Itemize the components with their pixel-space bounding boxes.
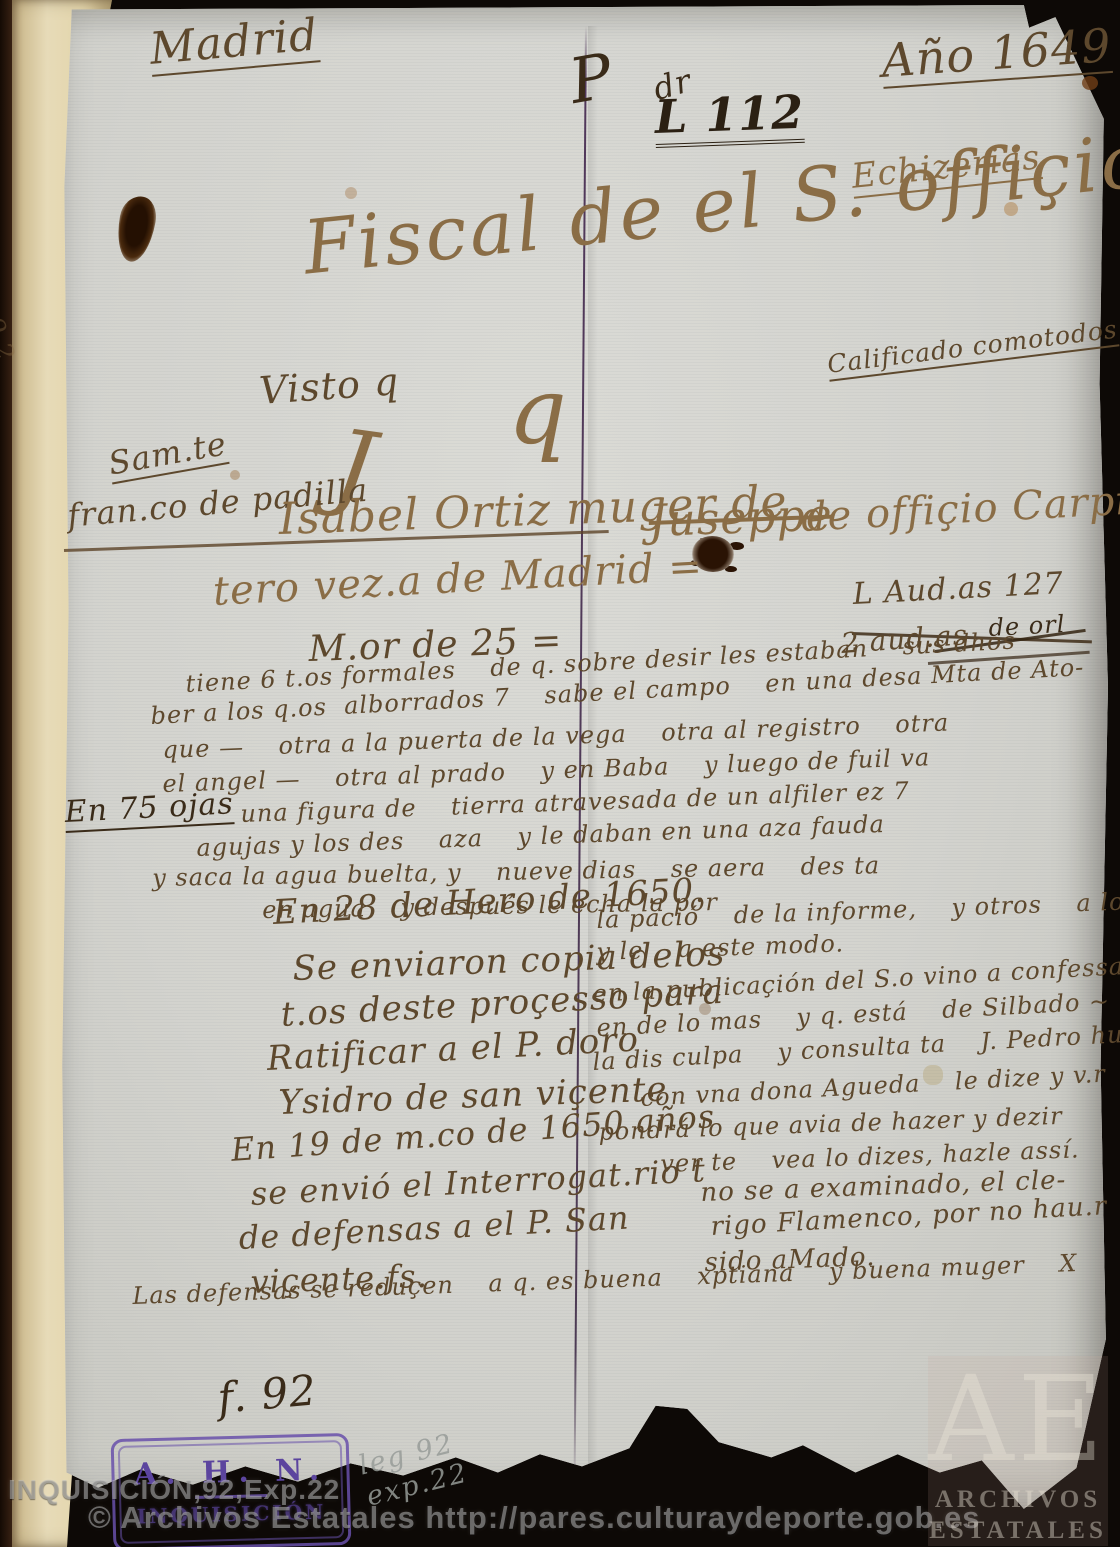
logo-words: ARCHIVOS ESTATALES (928, 1484, 1108, 1547)
stain-spot (1082, 76, 1098, 90)
foxing-spots (0, 0, 6, 6)
note-visto: Visto q (258, 362, 400, 410)
archivos-estatales-logo: AE ARCHIVOS ESTATALES (928, 1356, 1108, 1546)
note-flourish-q: q (508, 366, 568, 458)
logo-initials: AE (928, 1360, 1108, 1478)
document-scan: MadridPdrL 112Año 1649EchizeriasFiscal d… (0, 0, 1120, 1547)
watermark-copyright: © Archivos Estatales http://pares.cultur… (88, 1500, 981, 1536)
logo-word-archivos: ARCHIVOS (928, 1484, 1108, 1515)
logo-word-estatales: ESTATALES (928, 1515, 1108, 1546)
note-folio-92: f. 92 (216, 1369, 318, 1419)
note-legajo-112: L 112 (654, 89, 805, 148)
